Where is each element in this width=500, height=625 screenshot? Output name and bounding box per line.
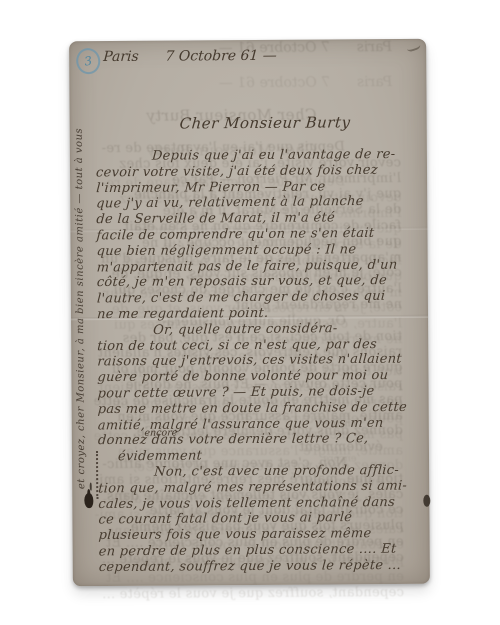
letter-body: Depuis que j'ai eu l'avantage de re- cev…	[96, 147, 416, 576]
letter-salutation: Cher Monsieur Burty	[179, 113, 413, 133]
body-line: cependant, souffrez que je vous le répèt…	[98, 558, 416, 576]
letter-page: Paris 7 Octobre 61 — Cher Monsieur Burty…	[69, 39, 430, 586]
letter-date: Paris 7 Octobre 61 —	[95, 47, 413, 65]
letter-content: Paris 7 Octobre 61 — Cher Monsieur Burty…	[69, 39, 430, 586]
body-line: donnez dans votre dernière lettre ? Ce,	[97, 432, 369, 449]
inserted-word: encore	[144, 426, 178, 442]
